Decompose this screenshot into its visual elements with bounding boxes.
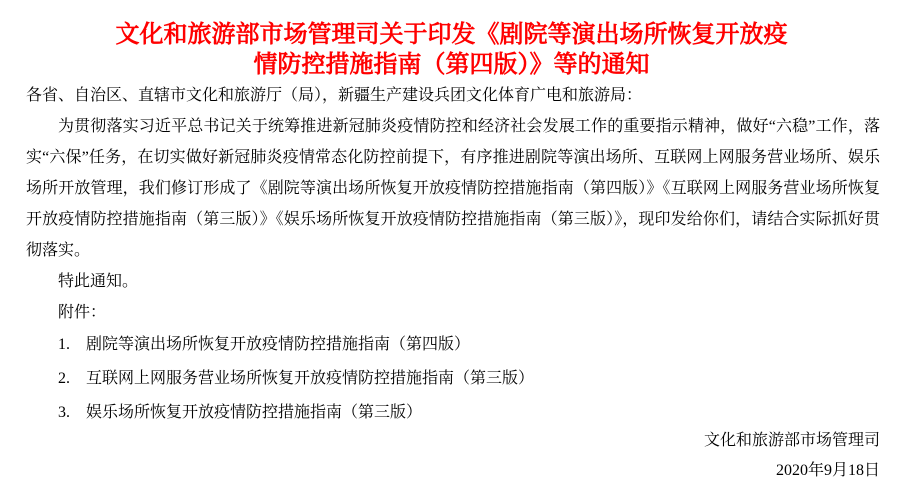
signature-block: 文化和旅游部市场管理司 2020年9月18日 [26, 426, 880, 486]
notice-body: 各省、自治区、直辖市文化和旅游厅（局），新疆生产建设兵团文化体育广电和旅游局： … [26, 80, 880, 486]
attachment-item-1: 1. 剧院等演出场所恢复开放疫情防控措施指南（第四版） [26, 328, 880, 362]
closing-note: 特此通知。 [26, 266, 880, 297]
issue-date: 2020年9月18日 [26, 456, 880, 486]
title-line-2: 情防控措施指南（第四版）》等的通知 [0, 50, 903, 80]
body-paragraph: 为贯彻落实习近平总书记关于统筹推进新冠肺炎疫情防控和经济社会发展工作的重要指示精… [26, 111, 880, 266]
notice-document: 文化和旅游部市场管理司关于印发《剧院等演出场所恢复开放疫 情防控措施指南（第四版… [0, 0, 903, 493]
title-line-1: 文化和旅游部市场管理司关于印发《剧院等演出场所恢复开放疫 [0, 20, 903, 50]
attachments-label: 附件： [26, 297, 880, 328]
salutation: 各省、自治区、直辖市文化和旅游厅（局），新疆生产建设兵团文化体育广电和旅游局： [26, 80, 880, 111]
issuing-department: 文化和旅游部市场管理司 [26, 426, 880, 456]
attachment-item-2: 2. 互联网上网服务营业场所恢复开放疫情防控措施指南（第三版） [26, 362, 880, 396]
attachment-item-3: 3. 娱乐场所恢复开放疫情防控措施指南（第三版） [26, 396, 880, 430]
page-title: 文化和旅游部市场管理司关于印发《剧院等演出场所恢复开放疫 情防控措施指南（第四版… [0, 0, 903, 80]
